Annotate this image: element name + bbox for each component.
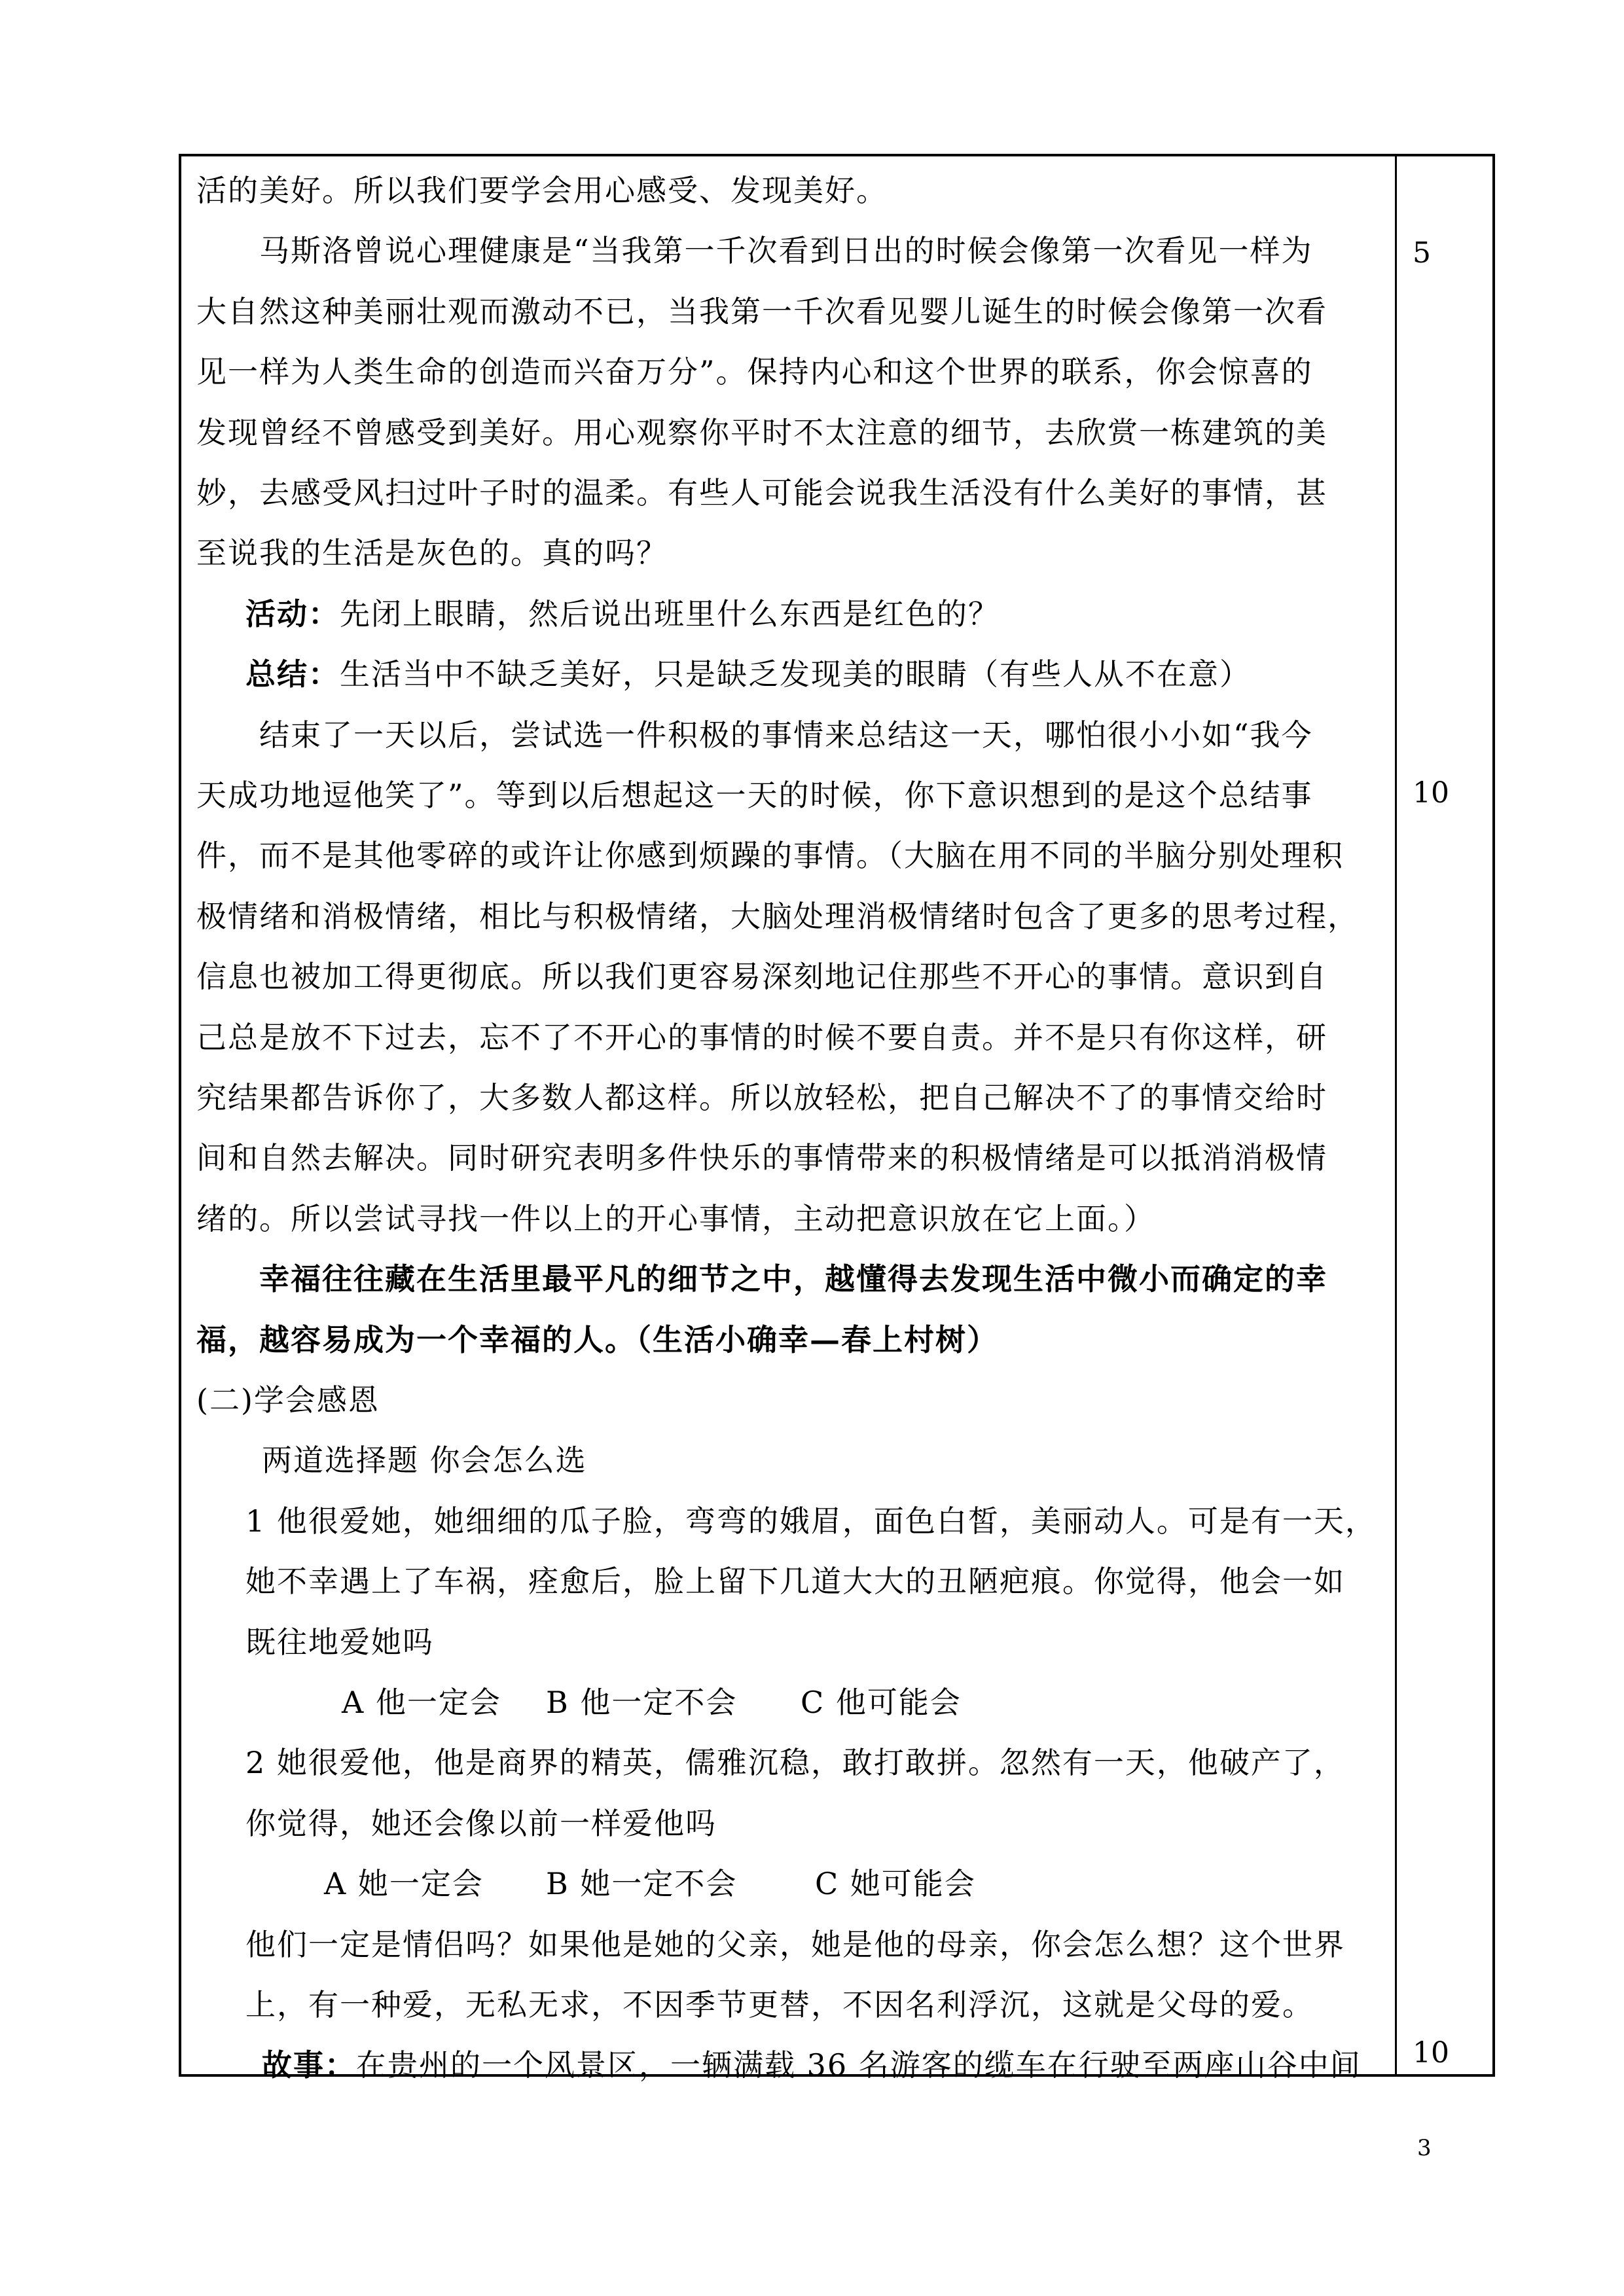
choice-option: C 他可能会 bbox=[801, 1672, 962, 1732]
paragraph-line: 既往地爱她吗 bbox=[245, 1612, 434, 1672]
line-text: 见一样为人类生命的创造而兴奋万分”。保持内心和这个世界的联系，你会惊喜的 bbox=[196, 354, 1313, 389]
paragraph-line: 发现曾经不曾感受到美好。用心观察你平时不太注意的细节，去欣赏一栋建筑的美 bbox=[196, 403, 1327, 463]
section-label: 活动： bbox=[245, 596, 340, 632]
choice-option: C 她可能会 bbox=[815, 1854, 976, 1914]
line-text: 信息也被加工得更彻底。所以我们更容易深刻地记住那些不开心的事情。意识到自 bbox=[196, 959, 1327, 994]
paragraph-line: 福，越容易成为一个幸福的人。（生活小确幸—春上村树） bbox=[196, 1310, 998, 1370]
paragraph-line: 己总是放不下过去，忘不了不开心的事情的时候不要自责。并不是只有你这样，研 bbox=[196, 1007, 1327, 1067]
paragraph-line: 上，有一种爱，无私无求，不因季节更替，不因名利浮沉，这就是父母的爱。 bbox=[245, 1975, 1314, 2035]
time-minutes: 10 bbox=[1413, 774, 1449, 813]
line-text: 极情绪和消极情绪，相比与积极情绪，大脑处理消极情绪时包含了更多的思考过程， bbox=[196, 899, 1359, 934]
section-label: 总结： bbox=[245, 656, 340, 692]
choice-option: A 他一定会 bbox=[342, 1672, 501, 1732]
line-text: 你觉得，她还会像以前一样爱他吗 bbox=[245, 1806, 717, 1841]
line-text: 幸福往往藏在生活里最平凡的细节之中，越懂得去发现生活中微小而确定的幸 bbox=[259, 1261, 1327, 1297]
line-text: 先闭上眼睛，然后说出班里什么东西是红色的？ bbox=[340, 596, 1000, 632]
line-text: 结束了一天以后，尝试选一件积极的事情来总结这一天，哪怕很小小如“我今 bbox=[259, 717, 1313, 753]
paragraph-line: 幸福往往藏在生活里最平凡的细节之中，越懂得去发现生活中微小而确定的幸 bbox=[259, 1249, 1327, 1309]
line-text: 发现曾经不曾感受到美好。用心观察你平时不太注意的细节，去欣赏一栋建筑的美 bbox=[196, 415, 1327, 450]
line-text: 天成功地逗他笑了”。等到以后想起这一天的时候，你下意识想到的是这个总结事 bbox=[196, 778, 1313, 813]
time-minutes: 10 bbox=[1413, 2034, 1449, 2073]
line-text: 福，越容易成为一个幸福的人。（生活小确幸—春上村树） bbox=[196, 1322, 998, 1357]
line-text: 他们一定是情侣吗？如果他是她的父亲，她是他的母亲，你会怎么想？这个世界 bbox=[245, 1927, 1345, 1962]
paragraph-line: 结束了一天以后，尝试选一件积极的事情来总结这一天，哪怕很小小如“我今 bbox=[259, 705, 1313, 765]
paragraph-line: 究结果都告诉你了，大多数人都这样。所以放轻松，把自己解决不了的事情交给时 bbox=[196, 1067, 1327, 1128]
paragraph-line: 至说我的生活是灰色的。真的吗？ bbox=[196, 523, 668, 583]
line-text: 究结果都告诉你了，大多数人都这样。所以放轻松，把自己解决不了的事情交给时 bbox=[196, 1080, 1327, 1115]
paragraph-line: 两道选择题 你会怎么选 bbox=[262, 1430, 587, 1490]
line-text: 生活当中不缺乏美好，只是缺乏发现美的眼睛（有些人从不在意） bbox=[340, 656, 1251, 692]
line-text: 己总是放不下过去，忘不了不开心的事情的时候不要自责。并不是只有你这样，研 bbox=[196, 1020, 1327, 1055]
line-text: 她不幸遇上了车祸，痊愈后，脸上留下几道大大的丑陋疤痕。你觉得，他会一如 bbox=[245, 1564, 1345, 1599]
paragraph-line: 见一样为人类生命的创造而兴奋万分”。保持内心和这个世界的联系，你会惊喜的 bbox=[196, 342, 1313, 402]
line-text: 马斯洛曾说心理健康是“当我第一千次看到日出的时候会像第一次看见一样为 bbox=[259, 233, 1313, 268]
time-minutes: 5 bbox=[1413, 234, 1431, 273]
line-text: 1 他很爱她，她细细的瓜子脸，弯弯的娥眉，面色白皙，美丽动人。可是有一天， bbox=[245, 1503, 1377, 1539]
paragraph-line: 活的美好。所以我们要学会用心感受、发现美好。 bbox=[196, 160, 888, 221]
page-number: 3 bbox=[1417, 2135, 1432, 2161]
paragraph-line: 妙，去感受风扫过叶子时的温柔。有些人可能会说我生活没有什么美好的事情，甚 bbox=[196, 463, 1327, 523]
paragraph-line: 1 他很爱她，她细细的瓜子脸，弯弯的娥眉，面色白皙，美丽动人。可是有一天， bbox=[245, 1491, 1377, 1551]
section-label: 故事： bbox=[262, 2047, 356, 2083]
line-text: 件，而不是其他零碎的或许让你感到烦躁的事情。（大脑在用不同的半脑分别处理积 bbox=[196, 838, 1344, 873]
line-text: 至说我的生活是灰色的。真的吗？ bbox=[196, 535, 668, 571]
paragraph-line: 绪的。所以尝试寻找一件以上的开心事情，主动把意识放在它上面。） bbox=[196, 1189, 1155, 1249]
paragraph-line: 件，而不是其他零碎的或许让你感到烦躁的事情。（大脑在用不同的半脑分别处理积 bbox=[196, 825, 1344, 886]
line-text: 活的美好。所以我们要学会用心感受、发现美好。 bbox=[196, 173, 888, 208]
labeled-paragraph-line: 总结：生活当中不缺乏美好，只是缺乏发现美的眼睛（有些人从不在意） bbox=[245, 644, 1251, 704]
paragraph-line: (二)学会感恩 bbox=[196, 1370, 380, 1430]
line-text: 间和自然去解决。同时研究表明多件快乐的事情带来的积极情绪是可以抵消消极情 bbox=[196, 1140, 1327, 1175]
line-text: 在贵州的一个风景区，一辆满载 36 名游客的缆车在行驶至两座山谷中间 bbox=[356, 2047, 1362, 2083]
paragraph-line: 她不幸遇上了车祸，痊愈后，脸上留下几道大大的丑陋疤痕。你觉得，他会一如 bbox=[245, 1551, 1345, 1611]
paragraph-line: 极情绪和消极情绪，相比与积极情绪，大脑处理消极情绪时包含了更多的思考过程， bbox=[196, 886, 1359, 946]
choice-option: A 她一定会 bbox=[324, 1854, 484, 1914]
line-text: 妙，去感受风扫过叶子时的温柔。有些人可能会说我生活没有什么美好的事情，甚 bbox=[196, 475, 1327, 511]
paragraph-line: 他们一定是情侣吗？如果他是她的父亲，她是他的母亲，你会怎么想？这个世界 bbox=[245, 1914, 1345, 1975]
paragraph-line: 你觉得，她还会像以前一样爱他吗 bbox=[245, 1793, 717, 1854]
paragraph-line: 2 她很爱他，他是商界的精英，儒雅沉稳，敢打敢拼。忽然有一天，他破产了， bbox=[245, 1732, 1345, 1793]
paragraph-line: 马斯洛曾说心理健康是“当我第一千次看到日出的时候会像第一次看见一样为 bbox=[259, 221, 1313, 281]
paragraph-line: 间和自然去解决。同时研究表明多件快乐的事情带来的积极情绪是可以抵消消极情 bbox=[196, 1128, 1327, 1188]
paragraph-line: 大自然这种美丽壮观而激动不已，当我第一千次看见婴儿诞生的时候会像第一次看 bbox=[196, 281, 1327, 342]
choice-option: B 她一定不会 bbox=[546, 1854, 737, 1914]
line-text: 既往地爱她吗 bbox=[245, 1624, 434, 1660]
line-text: 上，有一种爱，无私无求，不因季节更替，不因名利浮沉，这就是父母的爱。 bbox=[245, 1987, 1314, 2022]
paragraph-line: 天成功地逗他笑了”。等到以后想起这一天的时候，你下意识想到的是这个总结事 bbox=[196, 765, 1313, 825]
column-divider bbox=[1395, 154, 1397, 2077]
labeled-paragraph-line: 故事：在贵州的一个风景区，一辆满载 36 名游客的缆车在行驶至两座山谷中间 bbox=[262, 2035, 1362, 2095]
paragraph-line: 信息也被加工得更彻底。所以我们更容易深刻地记住那些不开心的事情。意识到自 bbox=[196, 946, 1327, 1007]
line-text: 2 她很爱他，他是商界的精英，儒雅沉稳，敢打敢拼。忽然有一天，他破产了， bbox=[245, 1745, 1345, 1780]
choice-option: B 他一定不会 bbox=[546, 1672, 737, 1732]
line-text: 两道选择题 你会怎么选 bbox=[262, 1443, 587, 1478]
labeled-paragraph-line: 活动：先闭上眼睛，然后说出班里什么东西是红色的？ bbox=[245, 584, 1000, 644]
line-text: (二)学会感恩 bbox=[196, 1382, 380, 1418]
line-text: 大自然这种美丽壮观而激动不已，当我第一千次看见婴儿诞生的时候会像第一次看 bbox=[196, 294, 1327, 329]
line-text: 绪的。所以尝试寻找一件以上的开心事情，主动把意识放在它上面。） bbox=[196, 1201, 1155, 1236]
